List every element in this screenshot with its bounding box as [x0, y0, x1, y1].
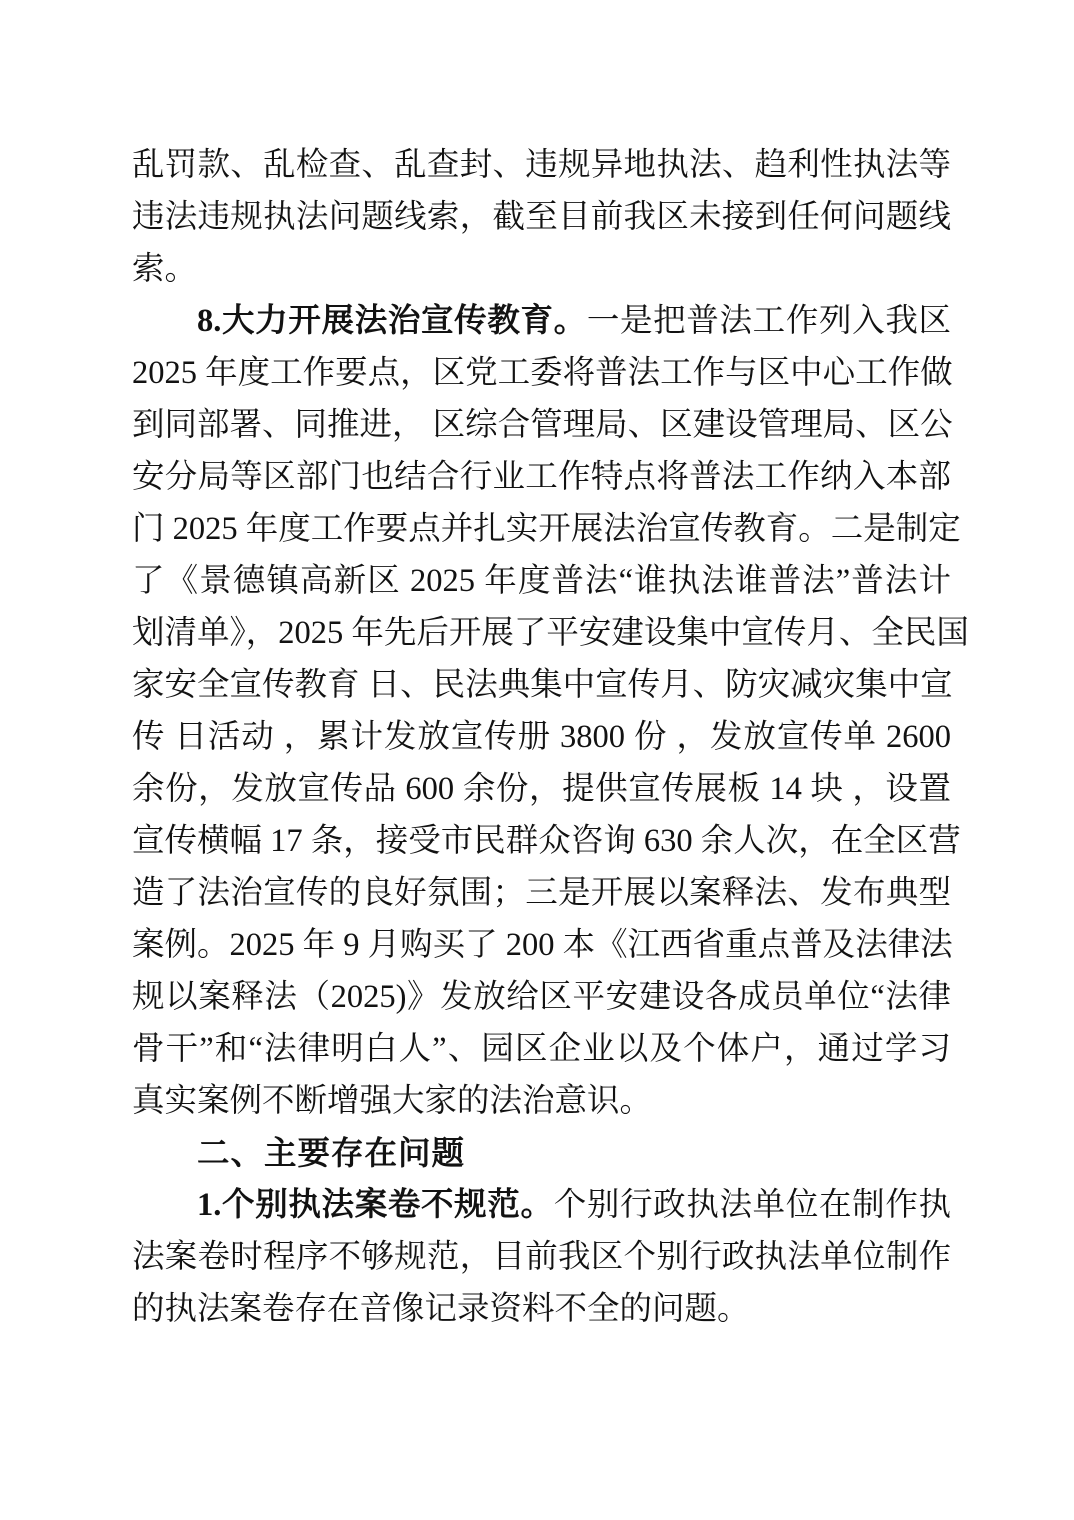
document-page: 乱罚款、乱检查、乱查封、违规异地执法、趋利性执法等违法违规执法问题线索，截至目前…	[0, 0, 1074, 1520]
body-text: 划清单》，2025 年先后开展了平安建设集中宣传月、全民国	[132, 615, 969, 651]
document-body: 乱罚款、乱检查、乱查封、违规异地执法、趋利性执法等违法违规执法问题线索，截至目前…	[132, 139, 951, 1335]
body-text: 的执法案卷存在音像记录资料不全的问题。	[132, 1291, 750, 1327]
body-text: 规以案释法（2025)》发放给区平安建设各成员单位“法律	[132, 979, 951, 1015]
text-line: 真实案例不断增强大家的法治意识。	[132, 1075, 951, 1127]
body-text: 余份，发放宣传品 600 余份，提供宣传展板 14 块 ，设置	[132, 771, 951, 807]
text-line: 造了法治宣传的良好氛围；三是开展以案释法、发布典型	[132, 867, 951, 919]
text-line: 门 2025 年度工作要点并扎实开展法治宣传教育。二是制定	[132, 503, 951, 555]
text-line: 的执法案卷存在音像记录资料不全的问题。	[132, 1283, 951, 1335]
emphasis-text: 8.大力开展法治宣传教育。	[197, 303, 587, 339]
text-line: 骨干”和“法律明白人”、园区企业以及个体户，通过学习	[132, 1023, 951, 1075]
text-line: 8.大力开展法治宣传教育。一是把普法工作列入我区	[132, 295, 951, 347]
body-text: 到同部署、同推进， 区综合管理局、区建设管理局、区公	[132, 407, 953, 443]
text-line: 法案卷时程序不够规范，目前我区个别行政执法单位制作	[132, 1231, 951, 1283]
body-text: 了《景德镇高新区 2025 年度普法“谁执法谁普法”普法计	[132, 563, 951, 599]
body-text: 案例。2025 年 9 月购买了 200 本《江西省重点普及法律法	[132, 927, 953, 963]
text-line: 安分局等区部门也结合行业工作特点将普法工作纳入本部	[132, 451, 951, 503]
text-line: 余份，发放宣传品 600 余份，提供宣传展板 14 块 ，设置	[132, 763, 951, 815]
body-text: 宣传横幅 17 条，接受市民群众咨询 630 余人次，在全区营	[132, 823, 961, 859]
body-text: 违法违规执法问题线索，截至目前我区未接到任何问题线	[132, 199, 951, 235]
text-line: 到同部署、同推进， 区综合管理局、区建设管理局、区公	[132, 399, 951, 451]
emphasis-text: 1.个别执法案卷不规范。	[197, 1187, 554, 1223]
body-text: 传 日活动 ，累计发放宣传册 3800 份 ，发放宣传单 2600	[132, 719, 951, 755]
para-section2-heading: 二、主要存在问题	[132, 1127, 951, 1179]
text-line: 宣传横幅 17 条，接受市民群众咨询 630 余人次，在全区营	[132, 815, 951, 867]
body-text: 索。	[132, 251, 197, 287]
body-text: 安分局等区部门也结合行业工作特点将普法工作纳入本部	[132, 459, 951, 495]
body-text: 造了法治宣传的良好氛围；三是开展以案释法、发布典型	[132, 875, 951, 911]
para-continuation-clues: 乱罚款、乱检查、乱查封、违规异地执法、趋利性执法等违法违规执法问题线索，截至目前…	[132, 139, 951, 295]
body-text: 一是把普法工作列入我区	[587, 303, 951, 339]
text-line: 家安全宣传教育 日、民法典集中宣传月、防灾减灾集中宣	[132, 659, 951, 711]
text-line: 违法违规执法问题线索，截至目前我区未接到任何问题线	[132, 191, 951, 243]
text-line: 规以案释法（2025)》发放给区平安建设各成员单位“法律	[132, 971, 951, 1023]
body-text: 法案卷时程序不够规范，目前我区个别行政执法单位制作	[132, 1239, 951, 1275]
body-text: 个别行政执法单位在制作执	[554, 1187, 951, 1223]
text-line: 案例。2025 年 9 月购买了 200 本《江西省重点普及法律法	[132, 919, 951, 971]
text-line: 索。	[132, 243, 951, 295]
body-text: 骨干”和“法律明白人”、园区企业以及个体户，通过学习	[132, 1031, 951, 1067]
body-text: 2025 年度工作要点，区党工委将普法工作与区中心工作做	[132, 355, 953, 391]
body-text: 乱罚款、乱检查、乱查封、违规异地执法、趋利性执法等	[132, 147, 951, 183]
body-text: 真实案例不断增强大家的法治意识。	[132, 1083, 652, 1119]
emphasis-text: 二、主要存在问题	[197, 1135, 465, 1171]
text-line: 1.个别执法案卷不规范。个别行政执法单位在制作执	[132, 1179, 951, 1231]
text-line: 了《景德镇高新区 2025 年度普法“谁执法谁普法”普法计	[132, 555, 951, 607]
text-line: 二、主要存在问题	[132, 1127, 951, 1179]
para-problem1-case-files: 1.个别执法案卷不规范。个别行政执法单位在制作执法案卷时程序不够规范，目前我区个…	[132, 1179, 951, 1335]
text-line: 传 日活动 ，累计发放宣传册 3800 份 ，发放宣传单 2600	[132, 711, 951, 763]
body-text: 门 2025 年度工作要点并扎实开展法治宣传教育。二是制定	[132, 511, 961, 547]
text-line: 乱罚款、乱检查、乱查封、违规异地执法、趋利性执法等	[132, 139, 951, 191]
para-item8-legal-publicity: 8.大力开展法治宣传教育。一是把普法工作列入我区2025 年度工作要点，区党工委…	[132, 295, 951, 1127]
text-line: 划清单》，2025 年先后开展了平安建设集中宣传月、全民国	[132, 607, 951, 659]
text-line: 2025 年度工作要点，区党工委将普法工作与区中心工作做	[132, 347, 951, 399]
body-text: 家安全宣传教育 日、民法典集中宣传月、防灾减灾集中宣	[132, 667, 953, 703]
